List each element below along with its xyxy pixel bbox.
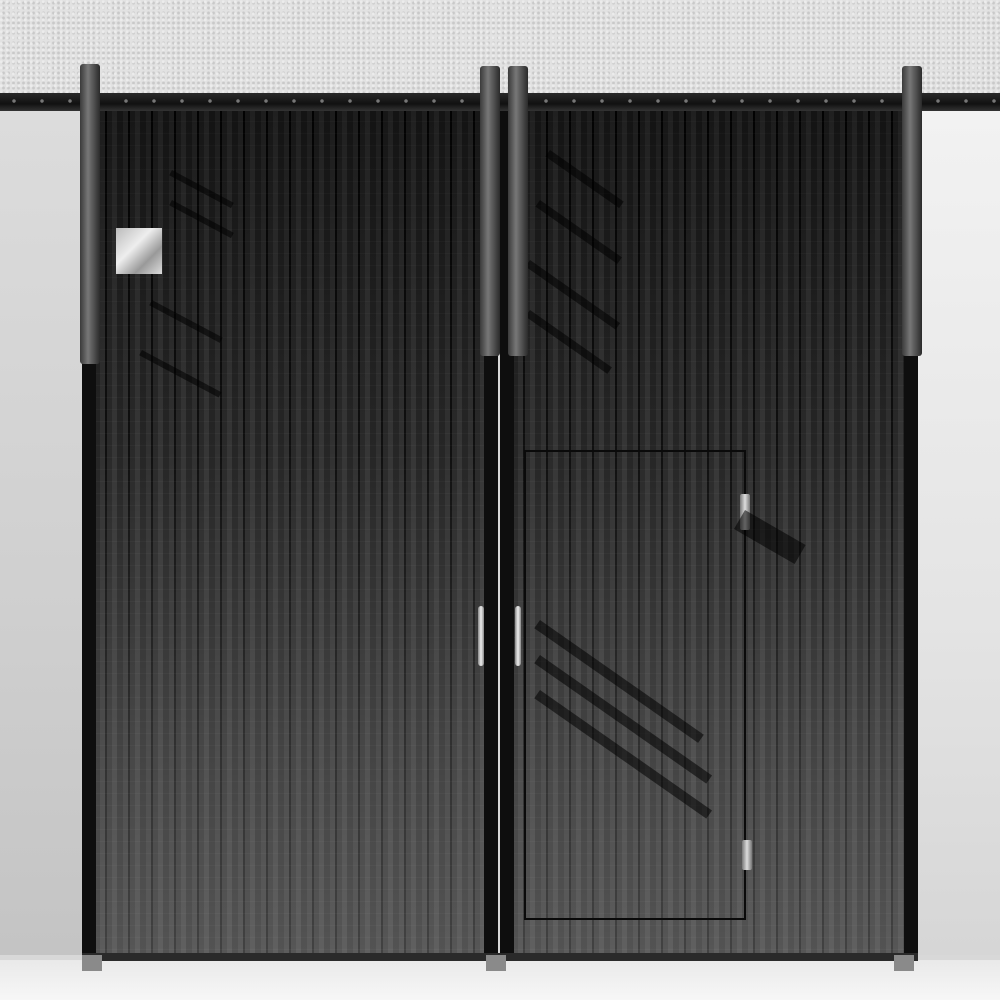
door-hanger	[480, 66, 500, 356]
door-hanger	[80, 64, 100, 364]
right-door-handle	[515, 606, 521, 666]
door-foot	[486, 955, 506, 971]
door-hanger	[902, 66, 922, 356]
metal-plate	[116, 228, 162, 274]
rail-bolts	[0, 99, 1000, 103]
inset-small-door	[524, 450, 746, 920]
door-foot	[894, 955, 914, 971]
door-hanger	[508, 66, 528, 356]
left-sliding-door	[82, 110, 498, 958]
stucco-wall-right	[918, 110, 1000, 955]
stucco-wall-left	[0, 110, 82, 955]
left-door-handle	[478, 606, 484, 666]
stucco-wall-top	[0, 0, 1000, 96]
door-foot	[82, 955, 102, 971]
lower-latch	[742, 840, 752, 870]
right-sliding-door	[500, 110, 918, 958]
